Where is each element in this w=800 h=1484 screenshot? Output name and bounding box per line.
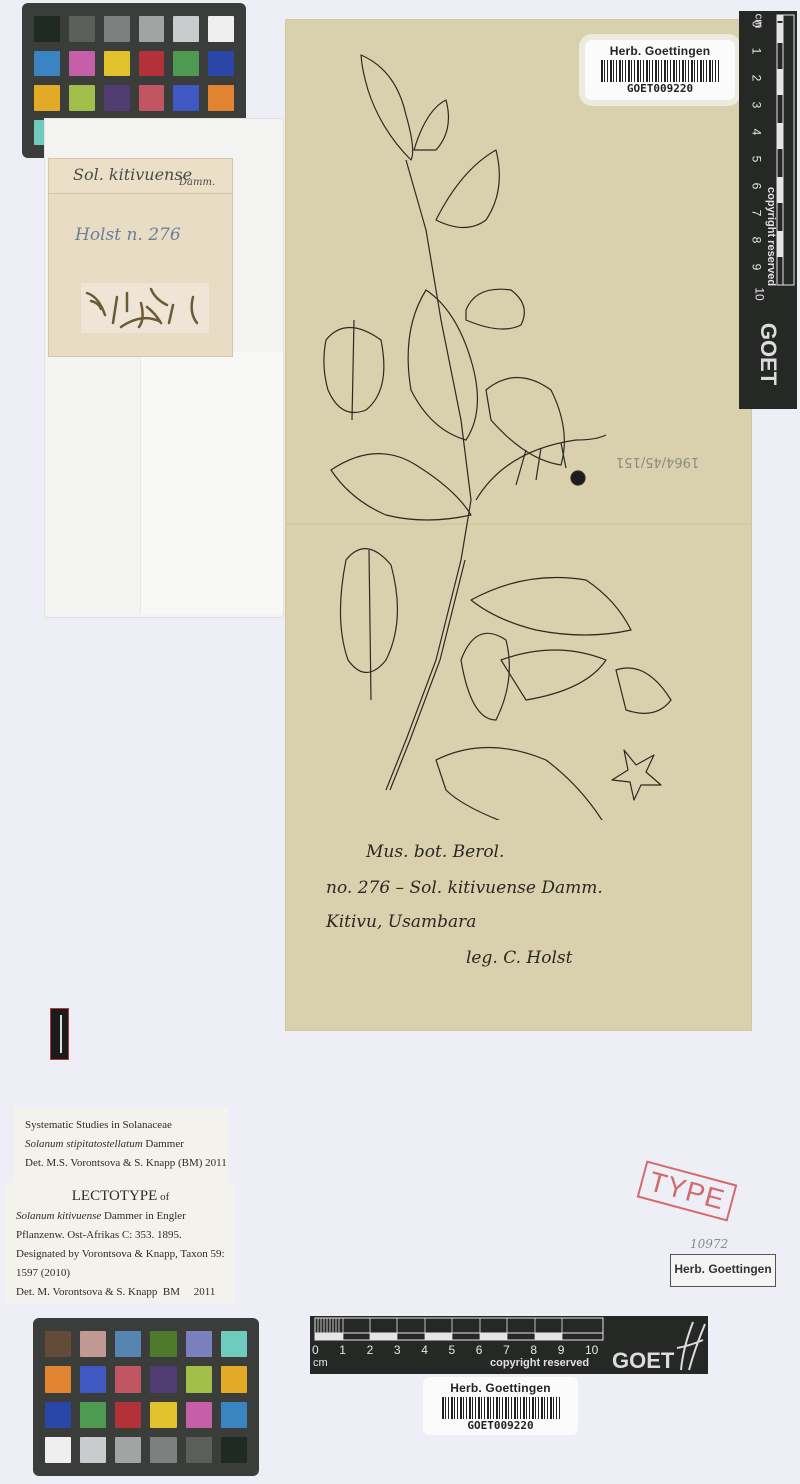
- lectotype-label: LECTOTYPE of Solanum kitivuense Dammer i…: [5, 1183, 235, 1303]
- seed-sample: [81, 283, 209, 333]
- color-swatch: [221, 1366, 247, 1392]
- packet-collector-note: Holst n. 276: [75, 225, 181, 245]
- ruler-tick-label: 9: [749, 264, 763, 271]
- barcode-number: GOET009220: [585, 82, 735, 95]
- ruler-tick-label: 2: [367, 1343, 374, 1357]
- determination-label: Systematic Studies in Solanaceae Solanum…: [14, 1107, 228, 1185]
- color-swatch: [173, 16, 199, 42]
- ruler-unit: cm: [313, 1357, 328, 1369]
- packet-species-label: Sol. kitivuense: [73, 165, 192, 184]
- herbarium-stamp: Herb. Goettingen: [670, 1254, 776, 1287]
- ruler-tick-label: 1: [339, 1343, 346, 1357]
- horizontal-scale-ruler: 012345678910 cm copyright reserved GOET: [310, 1316, 708, 1374]
- ruler-tick-label: 6: [749, 183, 763, 190]
- goet-logo: GOET: [612, 1348, 674, 1374]
- pencil-note: 1964/45/151: [616, 454, 699, 469]
- ruler-unit: cm: [752, 14, 764, 29]
- color-swatch: [34, 51, 60, 77]
- seed-fragments-icon: [81, 283, 209, 333]
- lectotype-taxon: Solanum kitivuense Dammer in Engler: [16, 1207, 235, 1226]
- color-swatch: [173, 51, 199, 77]
- color-swatch: [34, 85, 60, 111]
- color-swatch: [69, 51, 95, 77]
- color-swatch: [69, 85, 95, 111]
- type-stamp: TYPE: [637, 1160, 738, 1221]
- color-swatch: [139, 16, 165, 42]
- color-swatch: [150, 1366, 176, 1392]
- color-swatch: [104, 85, 130, 111]
- color-swatch: [45, 1366, 71, 1392]
- color-swatch: [34, 16, 60, 42]
- barcode-number: GOET009220: [423, 1419, 578, 1432]
- goet-logo: GOET: [755, 323, 781, 385]
- det-label-series: Systematic Studies in Solanaceae: [25, 1116, 228, 1135]
- color-swatch: [150, 1402, 176, 1428]
- lectotype-heading: LECTOTYPE of: [16, 1187, 235, 1207]
- det-label-taxon: Solanum stipitatostellatum Dammer: [25, 1135, 228, 1154]
- color-swatch: [45, 1331, 71, 1357]
- ruler-tick-label: 4: [421, 1343, 428, 1357]
- color-swatch: [208, 85, 234, 111]
- mini-specimen-tag: [50, 1008, 69, 1060]
- ruler-tick-label: 8: [749, 237, 763, 244]
- barcode-label-bottom: Herb. Goettingen GOET009220: [423, 1377, 578, 1435]
- ruler-copyright: copyright reserved: [490, 1357, 589, 1369]
- ruler-tick-label: 3: [749, 102, 763, 109]
- color-swatch: [115, 1402, 141, 1428]
- color-swatch: [186, 1366, 212, 1392]
- color-swatch: [45, 1402, 71, 1428]
- color-swatch: [139, 85, 165, 111]
- vertical-scale-ruler: 012345678910 cm copyright reserved GOET: [739, 11, 797, 409]
- packet-top-flap: Sol. kitivuense Damm.: [49, 159, 232, 194]
- ruler-tick-label: 0: [312, 1343, 319, 1357]
- ruler-tick-label: 5: [749, 156, 763, 163]
- lectotype-determiner: Det. M. Vorontsova & S. Knapp BM 2011: [16, 1283, 235, 1302]
- barcode-label-top: Herb. Goettingen GOET009220: [585, 40, 735, 100]
- det-label-determiner: Det. M.S. Vorontsova & S. Knapp (BM) 201…: [25, 1154, 228, 1173]
- ruler-copyright: copyright reserved: [765, 187, 777, 307]
- bottom-color-chart: [33, 1318, 259, 1476]
- color-swatch: [186, 1402, 212, 1428]
- lectotype-publication: Pflanzenw. Ost-Afrikas C: 353. 1895.: [16, 1226, 235, 1245]
- color-swatch: [186, 1437, 212, 1463]
- color-swatch: [80, 1366, 106, 1392]
- handwriting-locality: Kitivu, Usambara: [326, 912, 476, 932]
- handwriting-collector: leg. C. Holst: [466, 948, 572, 968]
- lectotype-designation-ref: 1597 (2010): [16, 1264, 235, 1283]
- color-swatch: [173, 85, 199, 111]
- color-swatch: [80, 1437, 106, 1463]
- color-swatch: [221, 1437, 247, 1463]
- color-swatch: [186, 1331, 212, 1357]
- ruler-tick-label: 10: [585, 1343, 598, 1357]
- plant-illustration: [286, 20, 751, 820]
- color-swatch: [208, 16, 234, 42]
- color-swatch: [150, 1437, 176, 1463]
- barcode-icon: [442, 1397, 560, 1419]
- lectotype-designation: Designated by Vorontsova & Knapp, Taxon …: [16, 1245, 235, 1264]
- color-swatch: [139, 51, 165, 77]
- color-swatch: [150, 1331, 176, 1357]
- handwriting-museum: Mus. bot. Berol.: [366, 842, 504, 862]
- ruler-tick-label: 1: [749, 48, 763, 55]
- color-swatch: [115, 1437, 141, 1463]
- ruler-tick-label: 3: [394, 1343, 401, 1357]
- packet-author-label: Damm.: [179, 177, 215, 188]
- ruler-tick-label: 2: [749, 75, 763, 82]
- illustration-sheet: 1964/45/151 Mus. bot. Berol. no. 276 – S…: [286, 20, 751, 1030]
- seed-packet: Sol. kitivuense Damm. Holst n. 276: [48, 158, 233, 357]
- ruler-tick-label: 8: [530, 1343, 537, 1357]
- color-swatch: [221, 1331, 247, 1357]
- barcode-title: Herb. Goettingen: [423, 1381, 578, 1395]
- ruler-tick-label: 7: [749, 210, 763, 217]
- goet-logo-grass-icon: [675, 1318, 707, 1372]
- barcode-title: Herb. Goettingen: [585, 44, 735, 58]
- herbarium-number: 10972: [690, 1237, 728, 1251]
- ruler-tick-label: 4: [749, 129, 763, 136]
- barcode-icon: [601, 60, 719, 82]
- ruler-tick-label: 6: [476, 1343, 483, 1357]
- color-swatch: [115, 1366, 141, 1392]
- color-swatch: [104, 16, 130, 42]
- color-swatch: [80, 1402, 106, 1428]
- ruler-tick-label: 5: [449, 1343, 456, 1357]
- ruler-ticks: 012345678910: [312, 1343, 612, 1357]
- ruler-tick-label: 7: [503, 1343, 510, 1357]
- color-swatch: [69, 16, 95, 42]
- color-swatch: [104, 51, 130, 77]
- handwriting-specimen-number: no. 276 – Sol. kitivuense Damm.: [326, 878, 603, 898]
- color-swatch: [115, 1331, 141, 1357]
- color-swatch: [221, 1402, 247, 1428]
- color-swatch: [45, 1437, 71, 1463]
- color-swatch: [208, 51, 234, 77]
- color-swatch: [80, 1331, 106, 1357]
- envelope-flap: [140, 352, 283, 614]
- ruler-tick-label: 9: [558, 1343, 565, 1357]
